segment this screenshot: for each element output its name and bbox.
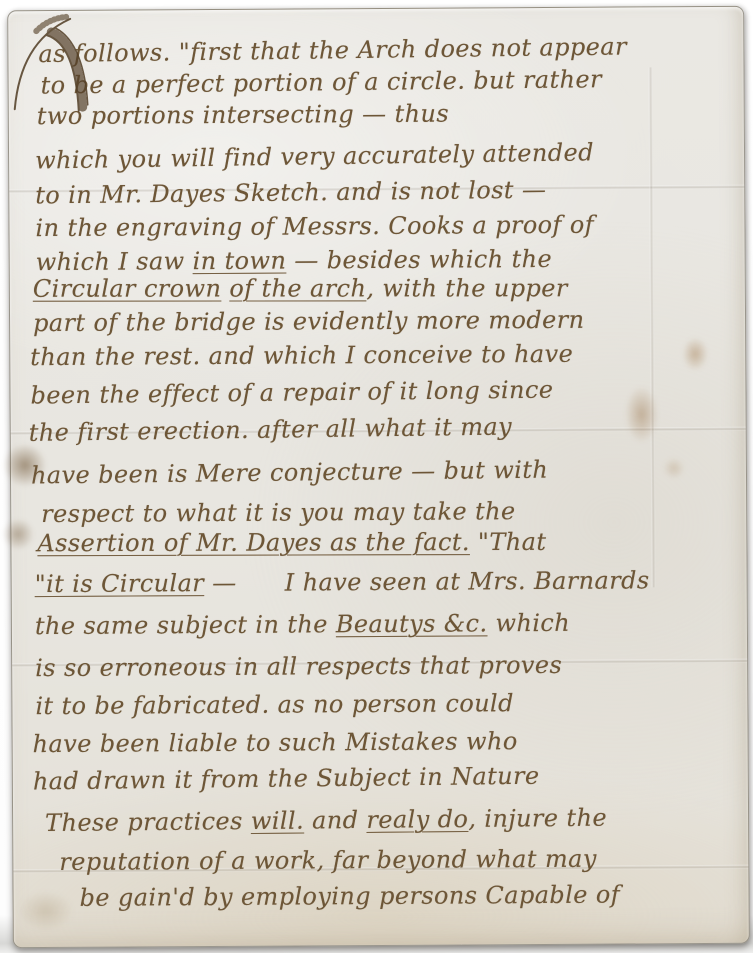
- letter-line: to in Mr. Dayes Sketch. and is not lost …: [35, 177, 546, 209]
- letter-text-segment: , injure the: [468, 804, 607, 833]
- letter-text-segment: is so erroneous in all respects that pro…: [35, 651, 562, 682]
- letter-text-segment: Circular crown: [33, 275, 221, 303]
- letter-line: is so erroneous in all respects that pro…: [35, 652, 562, 682]
- letter-line: respect to what it is you may take the: [41, 498, 515, 527]
- letter-text-segment: , with the upper: [366, 274, 567, 302]
- letter-line: two portions intersecting — thus: [37, 101, 449, 130]
- letter-text-segment: have been is Mere conjecture — but with: [31, 456, 548, 490]
- letter-text-segment: of the arch: [229, 274, 366, 302]
- letter-line: had drawn it from the Subject in Nature: [33, 763, 540, 795]
- letter-line: be gain'd by employing persons Capable o…: [79, 882, 620, 912]
- letter-text-segment: Beautys &c.: [336, 609, 488, 638]
- ink-stain: [663, 457, 685, 479]
- letter-line: the same subject in the Beautys &c. whic…: [35, 610, 570, 640]
- letter-line: been the effect of a repair of it long s…: [30, 377, 553, 409]
- letter-line: Assertion of Mr. Dayes as the fact. "Tha…: [37, 529, 546, 557]
- letter-text-segment: than the rest. and which I conceive to h…: [30, 340, 573, 371]
- letter-text-segment: in town: [193, 247, 287, 276]
- ink-stain: [682, 337, 708, 371]
- letter-line: These practices will. and realy do, inju…: [45, 805, 607, 837]
- fold-crease: [649, 67, 656, 587]
- letter-text-segment: the same subject in the: [35, 610, 336, 640]
- letter-text-segment: — I have seen at Mrs. Barnards: [204, 566, 650, 597]
- letter-page: as follows. "first that the Arch does no…: [7, 6, 750, 948]
- letter-text-segment: Assertion of Mr. Dayes as the fact.: [37, 528, 470, 557]
- letter-text-segment: reputation of a work, far beyond what ma…: [59, 845, 597, 876]
- ink-stain: [18, 891, 74, 931]
- letter-text-segment: to in Mr. Dayes Sketch. and is not lost …: [35, 176, 546, 210]
- letter-text-segment: and: [304, 806, 367, 835]
- letter-text-segment: had drawn it from the Subject in Nature: [33, 762, 540, 796]
- letter-line: part of the bridge is evidently more mod…: [33, 307, 585, 337]
- letter-text-segment: These practices: [45, 807, 251, 837]
- letter-text-segment: which: [487, 609, 570, 638]
- letter-text-segment: part of the bridge is evidently more mod…: [33, 306, 585, 337]
- letter-line: which I saw in town — besides which the: [36, 246, 553, 276]
- letter-line: to be a perfect portion of a circle. but…: [40, 66, 602, 99]
- letter-text-segment: which I saw: [36, 247, 193, 276]
- letter-line: which you will find very accurately atte…: [35, 139, 594, 174]
- letter-line: "it is Circular — I have seen at Mrs. Ba…: [35, 567, 650, 597]
- ink-stain: [624, 385, 658, 443]
- letter-text-segment: two portions intersecting — thus: [37, 100, 449, 131]
- letter-line: the first erection. after all what it ma…: [29, 413, 513, 446]
- letter-line: in the engraving of Messrs. Cooks a proo…: [35, 212, 594, 242]
- ink-stain: [1, 519, 35, 549]
- letter-line: than the rest. and which I conceive to h…: [30, 341, 573, 371]
- letter-text-segment: been the effect of a repair of it long s…: [30, 376, 553, 410]
- letter-text-segment: the first erection. after all what it ma…: [29, 412, 513, 446]
- letter-text-segment: respect to what it is you may take the: [41, 497, 516, 528]
- letter-text-segment: in the engraving of Messrs. Cooks a proo…: [35, 211, 594, 242]
- letter-text-segment: "That: [470, 528, 547, 556]
- letter-line: as follows. "first that the Arch does no…: [38, 33, 627, 67]
- letter-text-segment: "it is Circular: [35, 569, 205, 598]
- letter-text-segment: have been liable to such Mistakes who: [33, 727, 518, 758]
- letter-text-segment: to be a perfect portion of a circle. but…: [40, 65, 602, 99]
- letter-line: Circular crown of the arch, with the upp…: [33, 275, 568, 302]
- letter-text-segment: be gain'd by employing persons Capable o…: [79, 881, 620, 912]
- scanner-background: as follows. "first that the Arch does no…: [0, 0, 753, 953]
- letter-line: have been liable to such Mistakes who: [33, 728, 518, 757]
- letter-line: it to be fabricated. as no person could: [35, 690, 514, 719]
- letter-text-segment: as follows. "first that the Arch does no…: [38, 32, 627, 68]
- letter-text-segment: will.: [251, 807, 304, 836]
- letter-text-segment: — besides which the: [286, 245, 552, 275]
- letter-line: have been is Mere conjecture — but with: [31, 457, 548, 489]
- letter-line: reputation of a work, far beyond what ma…: [59, 846, 597, 876]
- letter-text-segment: it to be fabricated. as no person could: [35, 689, 514, 720]
- letter-text-segment: realy do: [366, 805, 468, 834]
- letter-text-segment: which you will find very accurately atte…: [35, 138, 594, 174]
- letter-lines: as follows. "first that the Arch does no…: [8, 7, 743, 11]
- letter-text-segment: [221, 275, 229, 303]
